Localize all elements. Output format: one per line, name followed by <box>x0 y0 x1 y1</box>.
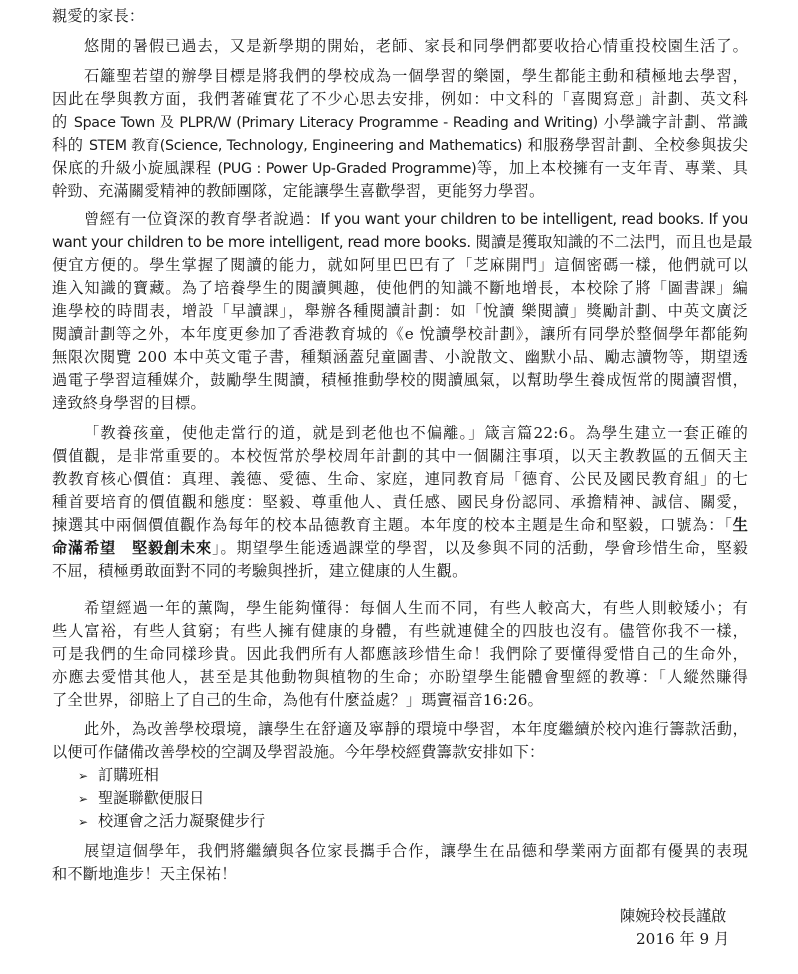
paragraph-5-line: 了全世界，卻賠上了自己的生命，為他有什麼益處？」瑪竇福音16:26。 <box>52 689 748 711</box>
salutation: 親愛的家長： <box>52 5 748 27</box>
paragraph-3-line: 無限次閱覽 200 本中英文電子書，種類涵蓋兒童圖書、小說散文、幽默小品、勵志讀… <box>52 346 748 368</box>
paragraph-4-line: 不屈，積極勇敢面對不同的考驗與挫折，建立健康的人生觀。 <box>52 560 748 582</box>
english-quote: want your children to be more intelligen… <box>52 234 471 251</box>
paragraph-4-line: 命滿希望 堅毅創未來」。期望學生能透過課堂的學習，以及參與不同的活動，學會珍惜生… <box>52 537 748 559</box>
paragraph-3-line: 曾經有一位資深的教育學者說過：If you want your children… <box>84 208 748 230</box>
arrow-bullet-icon: ➢ <box>78 811 98 833</box>
slogan: 生 <box>733 516 748 534</box>
arrow-bullet-icon: ➢ <box>78 765 98 787</box>
paragraph-6-line: 此外，為改善學校環境，讓學生在舒適及寧靜的環境中學習，本年度繼續於校內進行籌款活… <box>84 718 748 740</box>
bullet-item: ➢校運會之活力凝聚健步行 <box>78 810 265 832</box>
paragraph-7-line: 和不斷地進步！天主保祐！ <box>52 863 748 885</box>
paragraph-7-line: 展望這個學年，我們將繼續與各位家長攜手合作，讓學生在品德和學業兩方面都有優異的表… <box>84 840 748 862</box>
signature-name: 陳婉玲校長謹啟 <box>620 905 726 927</box>
paragraph-3-line: 閱讀計劃等之外，本年度更參加了香港教育城的《e 悅讀學校計劃》，讓所有同學於整個… <box>52 323 748 345</box>
paragraph-5-line: 亦應去愛惜其他人，甚至是其他動物與植物的生命；亦盼望學生能體會聖經的教導：「人縱… <box>52 666 748 688</box>
slogan: 命滿希望 堅毅創未來 <box>52 539 212 557</box>
paragraph-4-line: 教教育核心價值：真理、義德、愛德、生命、家庭，連同教育局「德育、公民及國民教育組… <box>52 468 748 490</box>
paragraph-2-line: 幹勁、充滿關愛精神的教師團隊，定能讓學生喜歡學習，更能努力學習。 <box>52 180 748 202</box>
signature-date: 2016 年 9 月 <box>636 928 729 950</box>
paragraph-4-line: 「教養孩童，使他走當行的道，就是到老他也不偏離。」箴言篇22:6。為學生建立一套… <box>84 422 748 444</box>
paragraph-5-line: 可是我們的生命同樣珍貴。因此我們所有人都應該珍惜生命！我們除了要懂得愛惜自己的生… <box>52 643 748 665</box>
paragraph-4-line: 揀選其中兩個價值觀作為每年的校本品德教育主題。本年度的校本主題是生命和堅毅，口號… <box>52 514 748 536</box>
paragraph-2-line: 保底的升級小旋風課程 (PUG : Power Up-Graded Progra… <box>52 157 748 179</box>
bullet-item: ➢訂購班相 <box>78 764 159 786</box>
paragraph-3-line: want your children to be more intelligen… <box>52 231 748 253</box>
paragraph-3-line: 進學校的時間表，增設「早讀課」，舉辦各種閱讀計劃：如「悅讀 樂閱讀」獎勵計劃、中… <box>52 300 748 322</box>
english-text: STEM 教育(Science, Technology, Engineering… <box>89 138 522 154</box>
paragraph-4-line: 種首要培育的價值觀和態度：堅毅、尊重他人、責任感、國民身份認同、承擔精神、誠信、… <box>52 491 748 513</box>
bullet-item: ➢聖誕聯歡便服日 <box>78 787 204 809</box>
paragraph-3-line: 進入知識的寶藏。為了培養學生的閱讀興趣，使他們的知識不斷地增長，本校除了將「圖書… <box>52 277 748 299</box>
paragraph-1-line: 悠閒的暑假已過去，又是新學期的開始，老師、家長和同學們都要收拾心情重投校園生活了… <box>84 35 748 57</box>
paragraph-3-line: 便宜方便的。學生掌握了閱讀的能力，就如阿里巴巴有了「芝麻開門」這個密碼一樣，他們… <box>52 254 748 276</box>
paragraph-4-line: 價值觀，是非常重要的。本校恆常於學校周年計劃的其中一個關注事項，以天主教教區的五… <box>52 445 748 467</box>
paragraph-5-line: 希望經過一年的薰陶，學生能夠懂得：每個人生而不同，有些人較高大，有些人則較矮小；… <box>84 597 748 619</box>
paragraph-3-line: 達致終身學習的目標。 <box>52 392 748 414</box>
paragraph-5-line: 些人富裕，有些人貧窮；有些人擁有健康的身體，有些就連健全的四肢也沒有。儘管你我不… <box>52 620 748 642</box>
paragraph-2-line: 因此在學與教方面，我們著確實花了不少心思去安排，例如：中文科的「喜閱寫意」計劃、… <box>52 88 748 110</box>
paragraph-3-line: 過電子學習這種媒介，鼓勵學生閱讀，積極推動學校的閱讀風氣，以幫助學生養成恆常的閱… <box>52 369 748 391</box>
english-text: (PUG : Power Up-Graded Programme) <box>217 161 476 177</box>
english-quote: If you want your children to be intellig… <box>321 211 749 228</box>
english-text: Space Town 及 PLPR/W (Primary Literacy Pr… <box>74 115 598 131</box>
paragraph-2-line: 石籬聖若望的辦學目標是將我們的學校成為一個學習的樂園，學生都能主動和積極地去學習… <box>84 65 748 87</box>
arrow-bullet-icon: ➢ <box>78 788 98 810</box>
paragraph-2-line: 的 Space Town 及 PLPR/W (Primary Literacy … <box>52 111 748 133</box>
paragraph-6-line: 以便可作儲備改善學校的空調及學習設施。今年學校經費籌款安排如下： <box>52 741 748 763</box>
paragraph-2-line: 科的 STEM 教育(Science, Technology, Engineer… <box>52 134 748 156</box>
